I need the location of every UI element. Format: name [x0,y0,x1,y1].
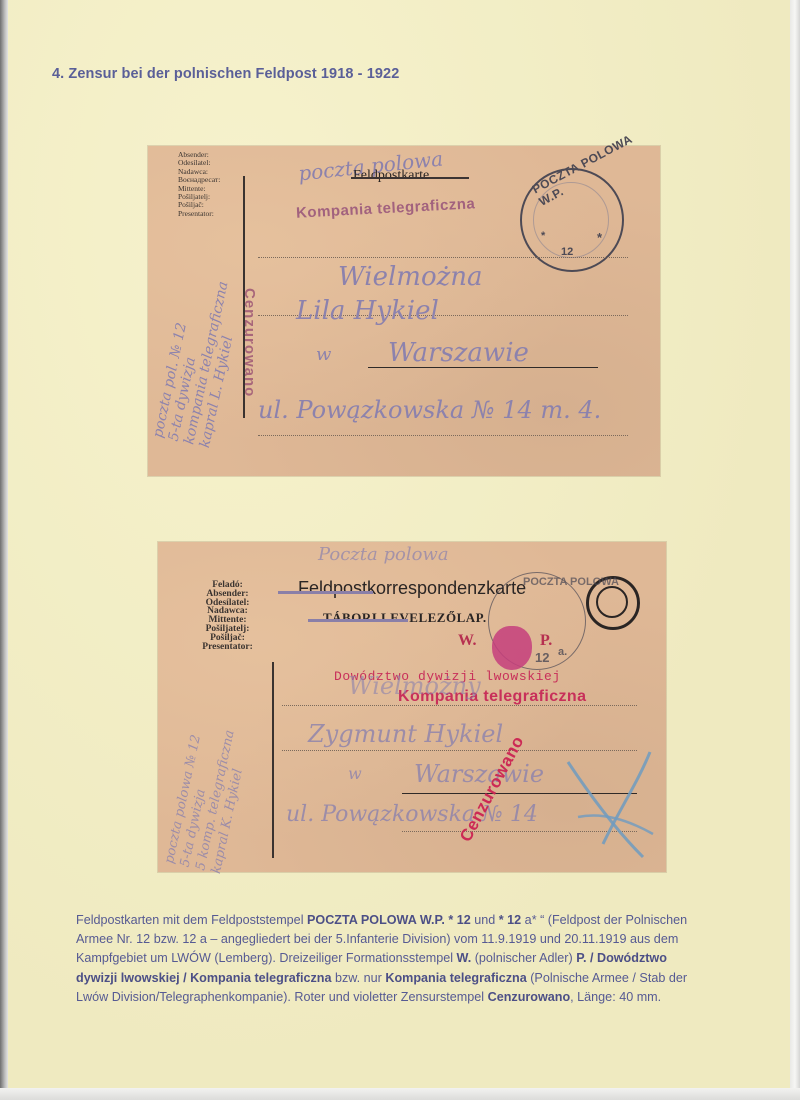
handwritten-sender: poczta pol. № 12 5-ta dywizja kompania t… [150,273,247,449]
strikethrough [278,591,373,594]
caption-line: Kampfgebiet um LWÓW (Lemberg). Dreizeili… [76,949,736,968]
address-city: Warszawie [414,760,544,788]
divider-line [272,662,274,858]
address-line-street [258,435,628,436]
strikethrough [351,177,469,179]
caption-text: Feldpostkarten mit dem Feldpoststempel [76,913,307,927]
caption-line: Armee Nr. 12 bzw. 12 a – angegliedert be… [76,930,736,949]
caption-line: Feldpostkarten mit dem Feldpoststempel P… [76,911,736,930]
caption-text: und [471,913,499,927]
sender-label: Presentator: [170,643,285,652]
unit-stamp: Kompania telegraficzna [296,195,476,221]
address-street: ul. Powązkowska № 14 m. 4. [258,396,601,424]
caption-bold-text: * 12 [499,913,521,927]
scan-edge-right [790,0,800,1100]
caption-bold-text: Kompania telegraficzna [385,971,526,985]
eagle-emblem-icon [492,626,532,670]
address-w: w [348,764,362,783]
address-street: ul. Powązkowska № 14 [286,802,538,827]
address-recipient-name: Zygmunt Hykiel [308,720,503,748]
address-recipient-title: Wielmożna [338,262,483,292]
printed-subtitle: TÁBORI LEVELEZŐLAP. [323,610,487,626]
address-line-1 [258,257,628,258]
address-recipient-title: Wielmożny [348,672,481,700]
postcard-1: Absender:Odesílatel:Nadawca:Воєнадресат:… [148,146,660,476]
scan-edge-left [0,0,8,1100]
sender-labels: Absender:Odesílatel:Nadawca:Воєнадресат:… [178,151,220,218]
address-w: w [316,344,331,365]
caption-text: Kampfgebiet um LWÓW (Lemberg). Dreizeili… [76,951,457,965]
formation-stamp-w: W. [458,632,477,650]
caption-bold-text: POCZTA POLOWA W.P. * 12 [307,913,471,927]
caption-text: (Polnische Armee / Stab der [527,971,687,985]
scan-edge-bottom [0,1088,800,1100]
blue-crayon-mark-icon [558,742,658,862]
postmark-star-left: * [541,230,545,242]
printed-title: Feldpostkarte. [353,168,433,184]
strikethrough-2 [308,619,408,622]
caption-text: Armee Nr. 12 bzw. 12 a – angegliedert be… [76,932,678,946]
caption: Feldpostkarten mit dem Feldpoststempel P… [76,911,736,1007]
caption-bold-text: W. [457,951,472,965]
postcard-2: Feladó:Absender:Odesílatel:Nadawca:Mitte… [158,542,666,872]
caption-line: Lwów Division/Telegraphenkompanie). Rote… [76,988,736,1007]
postmark-star-right: * [597,230,602,245]
postmark-text: POCZTA POLOWA [523,576,619,588]
formation-stamp-p: P. [540,632,552,650]
caption-bold-text: P. / Dowództwo [576,951,667,965]
address-city: Warszawie [388,338,529,368]
censor-stamp: Cenzurowano [241,288,258,397]
caption-line: dywizji lwowskiej / Kompania telegraficz… [76,969,736,988]
sender-labels: Feladó:Absender:Odesílatel:Nadawca:Mitte… [170,581,285,651]
page-title: 4. Zensur bei der polnischen Feldpost 19… [52,66,399,82]
postmark-number: 12 [535,650,549,665]
handwritten-header: Poczta polowa [318,544,449,565]
caption-text: , Länge: 40 mm. [570,990,661,1004]
caption-text: (polnischer Adler) [471,951,576,965]
printed-title: Feldpostkorrespondenzkarte [298,578,526,599]
stamp-box-ring-inner [596,586,628,618]
caption-text: a* “ (Feldpost der Polnischen [521,913,687,927]
sender-label: Presentator: [178,210,220,218]
handwritten-sender: poczta polowa № 12 5-ta dywizja 5 komp. … [162,722,254,875]
caption-text: Lwów Division/Telegraphenkompanie). Rote… [76,990,488,1004]
caption-bold-text: Cenzurowano [488,990,571,1004]
caption-bold-text: dywizji lwowskiej / Kompania telegraficz… [76,971,331,985]
postmark-suffix: a. [558,646,567,658]
caption-text: bzw. nur [331,971,385,985]
address-recipient-name: Lila Hykiel [296,296,439,326]
address-line-1 [282,705,637,706]
